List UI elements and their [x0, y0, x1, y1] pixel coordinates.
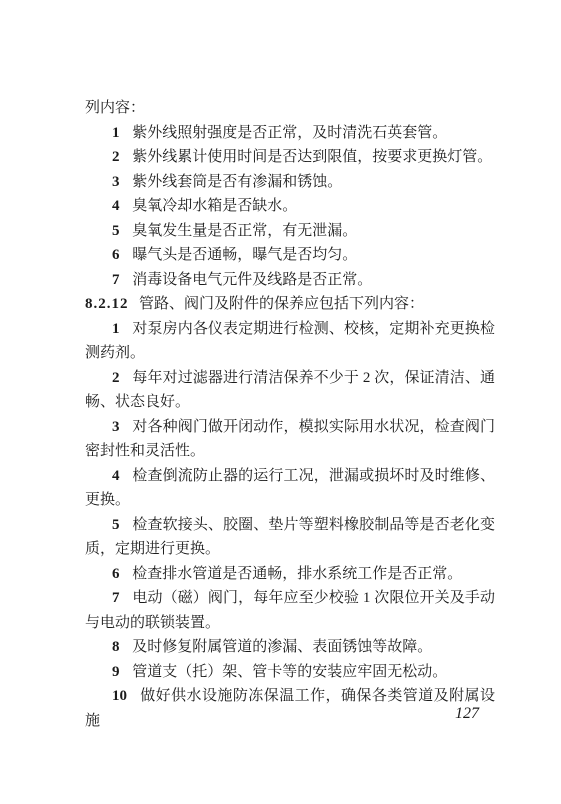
- list-item: 5臭氧发生量是否正常，有无泄漏。: [85, 219, 495, 244]
- item-number: 2: [112, 370, 120, 386]
- item-number: 2: [112, 149, 120, 165]
- list-item: 2每年对过滤器进行清洁保养不少于 2 次，保证清洁、通畅、状态良好。: [85, 366, 495, 415]
- item-number: 1: [112, 125, 120, 141]
- list-item: 6检查排水管道是否通畅，排水系统工作是否正常。: [85, 562, 495, 587]
- item-text: 臭氧冷却水箱是否缺水。: [132, 198, 297, 214]
- item-number: 6: [112, 566, 120, 582]
- list-item: 3紫外线套筒是否有渗漏和锈蚀。: [85, 170, 495, 195]
- list-item: 4检查倒流防止器的运行工况，泄漏或损坏时及时维修、更换。: [85, 464, 495, 513]
- text-content: 列内容： 1紫外线照射强度是否正常，及时清洗石英套管。 2紫外线累计使用时间是否…: [85, 96, 495, 733]
- item-text: 检查倒流防止器的运行工况，泄漏或损坏时及时维修、更换。: [85, 468, 495, 509]
- item-text: 检查排水管道是否通畅，排水系统工作是否正常。: [132, 566, 462, 582]
- item-number: 7: [112, 272, 120, 288]
- item-number: 5: [112, 517, 120, 533]
- list-item: 4臭氧冷却水箱是否缺水。: [85, 194, 495, 219]
- item-number: 5: [112, 223, 120, 239]
- document-page: 列内容： 1紫外线照射强度是否正常，及时清洗石英套管。 2紫外线累计使用时间是否…: [0, 0, 561, 804]
- item-number: 4: [112, 468, 120, 484]
- item-number: 3: [112, 419, 120, 435]
- list-item: 1对泵房内各仪表定期进行检测、校核，定期补充更换检测药剂。: [85, 317, 495, 366]
- item-text: 及时修复附属管道的渗漏、表面锈蚀等故障。: [132, 639, 432, 655]
- section-number: 8.2.12: [85, 296, 129, 312]
- item-text: 对各种阀门做开闭动作，模拟实际用水状况，检查阀门密封性和灵活性。: [85, 419, 495, 460]
- item-number: 3: [112, 174, 120, 190]
- item-number: 8: [112, 639, 120, 655]
- list-item: 9管道支（托）架、管卡等的安装应牢固无松动。: [85, 660, 495, 685]
- list-item: 3对各种阀门做开闭动作，模拟实际用水状况，检查阀门密封性和灵活性。: [85, 415, 495, 464]
- item-number: 7: [112, 590, 120, 606]
- item-number: 4: [112, 198, 120, 214]
- list-item: 1紫外线照射强度是否正常，及时清洗石英套管。: [85, 121, 495, 146]
- list-item: 6曝气头是否通畅，曝气是否均匀。: [85, 243, 495, 268]
- list-item: 8及时修复附属管道的渗漏、表面锈蚀等故障。: [85, 635, 495, 660]
- item-text: 做好供水设施防冻保温工作，确保各类管道及附属设施: [85, 688, 495, 729]
- item-number: 10: [112, 688, 127, 704]
- list-item: 7消毒设备电气元件及线路是否正常。: [85, 268, 495, 293]
- item-text: 电动（磁）阀门，每年应至少校验 1 次限位开关及手动与电动的联锁装置。: [85, 590, 495, 631]
- item-number: 6: [112, 247, 120, 263]
- item-text: 对泵房内各仪表定期进行检测、校核，定期补充更换检测药剂。: [85, 321, 495, 362]
- item-number: 1: [112, 321, 120, 337]
- item-text: 紫外线套筒是否有渗漏和锈蚀。: [132, 174, 342, 190]
- item-text: 检查软接头、胶圈、垫片等塑料橡胶制品等是否老化变质，定期进行更换。: [85, 517, 495, 558]
- item-text: 紫外线照射强度是否正常，及时清洗石英套管。: [132, 125, 447, 141]
- intro-line: 列内容：: [85, 96, 495, 121]
- item-text: 每年对过滤器进行清洁保养不少于 2 次，保证清洁、通畅、状态良好。: [85, 370, 495, 411]
- list-item: 2紫外线累计使用时间是否达到限值，按要求更换灯管。: [85, 145, 495, 170]
- item-text: 臭氧发生量是否正常，有无泄漏。: [132, 223, 357, 239]
- list-item: 5检查软接头、胶圈、垫片等塑料橡胶制品等是否老化变质，定期进行更换。: [85, 513, 495, 562]
- list-item: 7电动（磁）阀门，每年应至少校验 1 次限位开关及手动与电动的联锁装置。: [85, 586, 495, 635]
- item-text: 紫外线累计使用时间是否达到限值，按要求更换灯管。: [132, 149, 492, 165]
- item-text: 管道支（托）架、管卡等的安装应牢固无松动。: [132, 664, 447, 680]
- section-title: 管路、阀门及附件的保养应包括下列内容：: [139, 296, 424, 312]
- item-text: 曝气头是否通畅，曝气是否均匀。: [132, 247, 357, 263]
- page-number: 127: [455, 702, 479, 726]
- item-text: 消毒设备电气元件及线路是否正常。: [132, 272, 372, 288]
- list-item: 10做好供水设施防冻保温工作，确保各类管道及附属设施: [85, 684, 495, 733]
- section-heading: 8.2.12管路、阀门及附件的保养应包括下列内容：: [85, 292, 495, 317]
- item-number: 9: [112, 664, 120, 680]
